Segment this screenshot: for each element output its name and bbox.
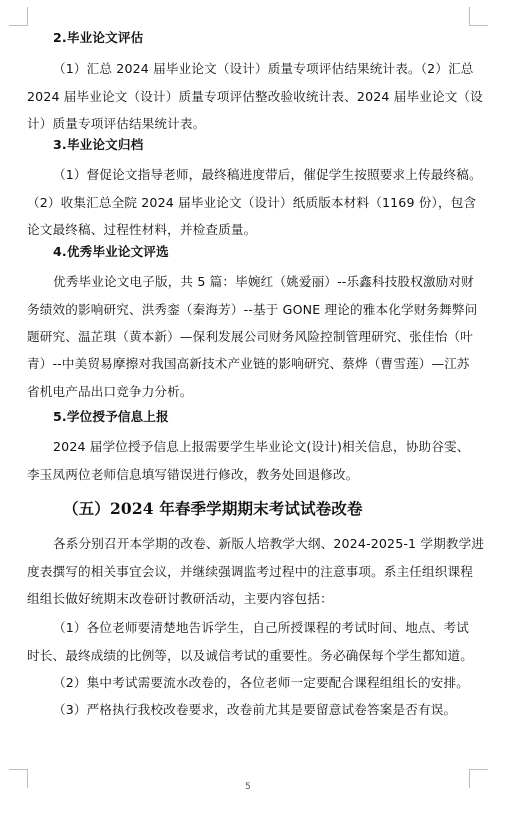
paragraph-line: （1）汇总 2024 届毕业论文（设计）质量专项评估结果统计表。（2）汇总 [53,61,474,77]
page-number: 5 [245,782,251,792]
list-item: （2）集中考试需要流水改卷的，各位老师一定要配合课程组组长的安排。 [53,675,469,691]
paragraph-line: 青）--中美贸易摩擦对我国高新技术产业链的影响研究、蔡烨（曹雪莲）—江苏 [27,356,470,372]
paragraph-line: 省机电产品出口竞争力分析。 [27,384,193,400]
crop-mark-bottom-right [469,769,488,788]
paragraph-line: 组组长做好统期末改卷研讨教研活动，主要内容包括： [27,591,333,607]
section-heading: 2.毕业论文评估 [53,30,143,46]
list-item: （1）各位老师要清楚地告诉学生，自己所授课程的考试时间、地点、考试 [53,620,469,636]
section-heading: 4.优秀毕业论文评选 [53,244,169,260]
crop-mark-top-left [9,7,28,26]
paragraph-line: 优秀毕业论文电子版，共 5 篇：毕婉红（姚爱丽）--乐鑫科技股权激励对财 [53,274,474,290]
section-heading: 5.学位授予信息上报 [53,409,169,425]
section-heading: 3.毕业论文归档 [53,137,143,153]
paragraph-line: 各系分别召开本学期的改卷、新版人培教学大纲、2024-2025-1 学期教学进 [53,536,484,552]
list-item-continued: 时长、最终成绩的比例等，以及诚信考试的重要性。务必确保每个学生都知道。 [27,648,473,664]
paragraph-line: 2024 届学位授予信息上报需要学生毕业论文(设计)相关信息，协助谷雯、 [53,439,470,455]
paragraph-line: 论文最终稿、过程性材料，并检查质量。 [27,222,256,238]
list-item: （3）严格执行我校改卷要求，改卷前尤其是要留意试卷答案是否有误。 [53,702,456,718]
paragraph-line: 度表撰写的相关事宜会议，并继续强调监考过程中的注意事项。系主任组织课程 [27,564,473,580]
paragraph-line: 李玉凤两位老师信息填写错误进行修改，教务处回退修改。 [27,467,358,483]
crop-mark-bottom-left [9,769,28,788]
major-section-heading: （五）2024 年春季学期期末考试试卷改卷 [63,499,363,519]
paragraph-line: 2024 届毕业论文（设计）质量专项评估整改验收统计表、2024 届毕业论文（设 [27,89,483,105]
paragraph-line: 计）质量专项评估结果统计表。 [27,116,205,132]
paragraph-line: 务绩效的影响研究、洪秀銮（秦海芳）--基于 GONE 理论的雅本化学财务舞弊问 [27,302,477,318]
paragraph-line: 题研究、温芷琪（黄本新）—保利发展公司财务风险控制管理研究、张佳怡（叶 [27,329,473,345]
paragraph-line: （2）收集汇总全院 2024 届毕业论文（设计）纸质版本材料（1169 份），包… [27,195,476,211]
crop-mark-top-right [469,7,488,26]
paragraph-line: （1）督促论文指导老师，最终稿进度带后，催促学生按照要求上传最终稿。 [53,167,482,183]
